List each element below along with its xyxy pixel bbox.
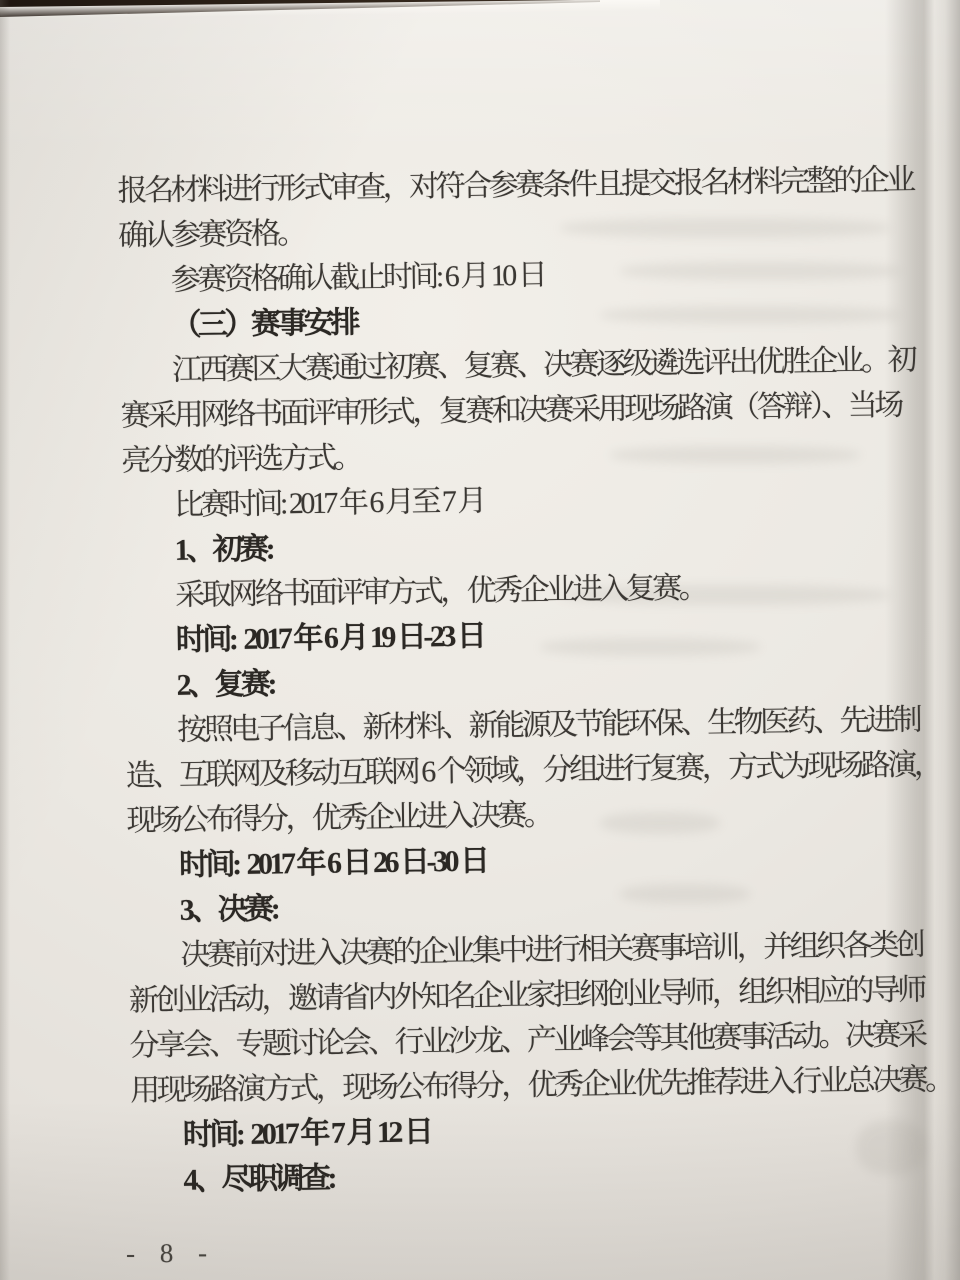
text-line: 4、尽职调查: [131,1147,924,1203]
page-left-shading [0,0,10,1280]
page-content: 报名材料进行形式审查，对符合参赛条件且提交报名材料完整的企业确认参赛资格。参赛资… [117,158,923,1204]
photo-background: 报名材料进行形式审查，对符合参赛条件且提交报名材料完整的企业确认参赛资格。参赛资… [0,0,960,1280]
page-number: - 8 - [126,1238,216,1270]
document-page: 报名材料进行形式审查，对符合参赛条件且提交报名材料完整的企业确认参赛资格。参赛资… [0,0,960,1280]
